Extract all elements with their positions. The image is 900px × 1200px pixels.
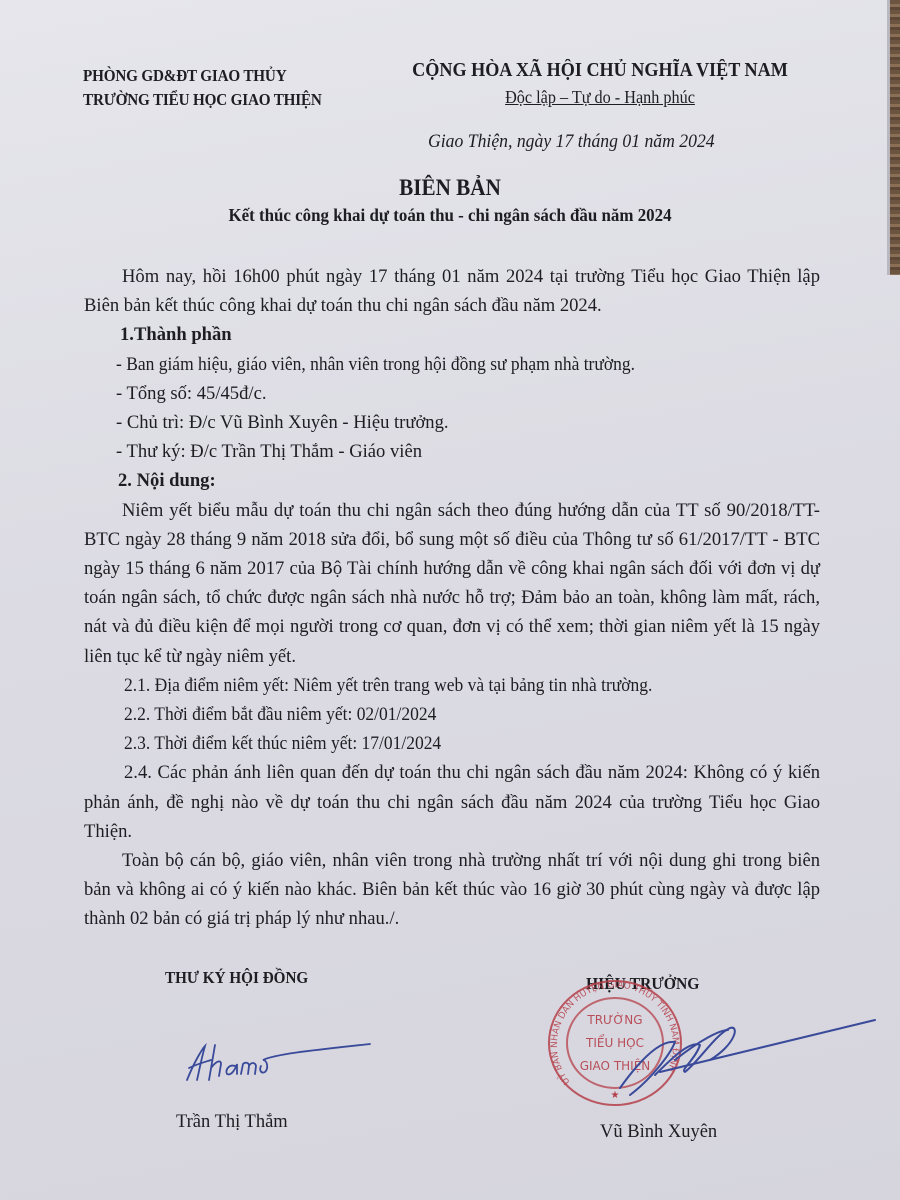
section-1-heading: 1.Thành phần [84,320,820,349]
school-name: TRƯỜNG TIỂU HỌC GIAO THIỆN [83,88,350,112]
feedback-item: 2.4. Các phản ánh liên quan đến dự toán … [84,758,820,846]
place-date: Giao Thiện, ngày 17 tháng 01 năm 2024 [428,131,715,153]
closing-paragraph: Toàn bộ cán bộ, giáo viên, nhân viên tro… [84,846,820,934]
participants-item: - Ban giám hiệu, giáo viên, nhân viên tr… [84,350,820,379]
content-paragraph: Niêm yết biểu mẫu dự toán thu chi ngân s… [84,496,820,671]
secretary-name: Trần Thị Thắm [176,1112,288,1133]
secretary-signature-title: THƯ KÝ HỘI ĐỒNG [165,968,308,988]
secretary-item: - Thư ký: Đ/c Trần Thị Thắm - Giáo viên [84,437,820,466]
posting-start-item: 2.2. Thời điểm bắt đầu niêm yết: 02/01/2… [84,700,820,729]
total-item: - Tổng số: 45/45đ/c. [84,379,820,408]
principal-signature [600,1000,880,1120]
page-edge [887,0,890,275]
secretary-signature [175,1030,375,1090]
nation-name: CỘNG HÒA XÃ HỘI CHỦ NGHĨA VIỆT NAM [400,58,800,84]
posting-end-item: 2.3. Thời điểm kết thúc niêm yết: 17/01/… [84,729,820,758]
national-header: CỘNG HÒA XÃ HỘI CHỦ NGHĨA VIỆT NAM Độc l… [385,58,815,110]
document-body: Hôm nay, hồi 16h00 phút ngày 17 tháng 01… [84,262,820,934]
background-table-edge [890,0,900,275]
department-name: PHÒNG GD&ĐT GIAO THỦY [83,64,350,88]
section-2-heading: 2. Nội dung: [84,466,820,495]
document-title: BIÊN BẢN [36,175,864,201]
principal-name: Vũ Bình Xuyên [600,1122,717,1143]
national-motto: Độc lập – Tự do - Hạnh phúc [407,84,794,110]
organization-header: PHÒNG GD&ĐT GIAO THỦY TRƯỜNG TIỂU HỌC GI… [83,64,373,112]
posting-location-item: 2.1. Địa điểm niêm yết: Niêm yết trên tr… [84,671,820,700]
document-subtitle: Kết thúc công khai dự toán thu - chi ngâ… [27,205,873,226]
chair-item: - Chủ trì: Đ/c Vũ Bình Xuyên - Hiệu trưở… [84,408,820,437]
intro-paragraph: Hôm nay, hồi 16h00 phút ngày 17 tháng 01… [84,262,820,320]
